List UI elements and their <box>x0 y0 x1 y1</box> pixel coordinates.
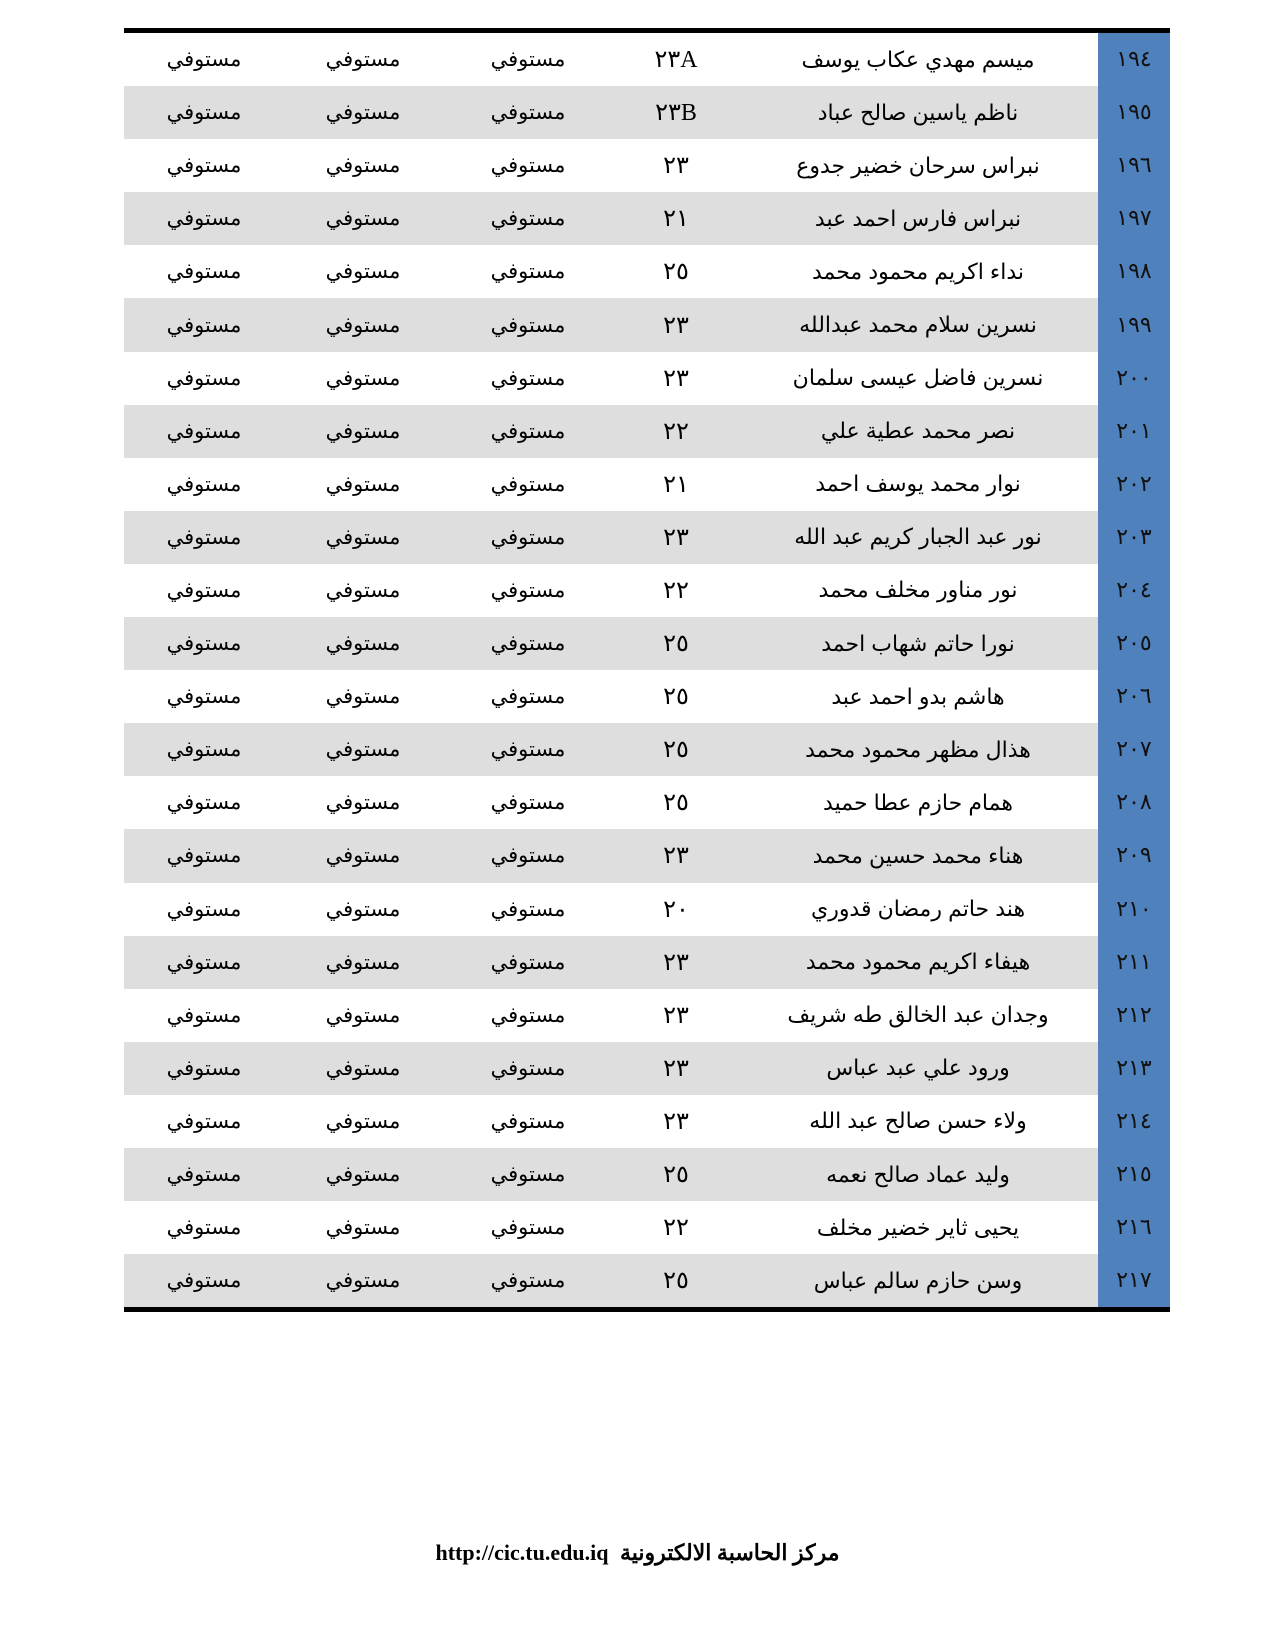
student-name-cell: نور عبد الجبار كريم عبد الله <box>738 511 1098 564</box>
status-cell-3: مستوفي <box>442 298 614 351</box>
grade-cell: ٢١ <box>614 192 738 245</box>
status-cell-1: مستوفي <box>124 86 284 139</box>
table-row: ١٩٨نداء اكريم محمود محمد٢٥مستوفيمستوفيمس… <box>124 245 1170 298</box>
status-cell-1: مستوفي <box>124 883 284 936</box>
grade-cell: ٢٢ <box>614 405 738 458</box>
row-number-cell: ٢٠٦ <box>1098 670 1170 723</box>
status-cell-1: مستوفي <box>124 405 284 458</box>
grade-cell: ٢٣A <box>614 33 738 86</box>
table-row: ٢٠٢نوار محمد يوسف احمد٢١مستوفيمستوفيمستو… <box>124 458 1170 511</box>
student-name-cell: نداء اكريم محمود محمد <box>738 245 1098 298</box>
status-cell-1: مستوفي <box>124 1095 284 1148</box>
row-number-cell: ٢١١ <box>1098 936 1170 989</box>
table-row: ٢٠٤نور مناور مخلف محمد٢٢مستوفيمستوفيمستو… <box>124 564 1170 617</box>
row-number-cell: ٢٠٩ <box>1098 829 1170 882</box>
student-name-cell: وجدان عبد الخالق طه شريف <box>738 989 1098 1042</box>
status-cell-2: مستوفي <box>284 564 442 617</box>
table-row: ١٩٩نسرين سلام محمد عبدالله٢٣مستوفيمستوفي… <box>124 298 1170 351</box>
status-cell-2: مستوفي <box>284 989 442 1042</box>
student-name-cell: همام حازم عطا حميد <box>738 776 1098 829</box>
row-number-cell: ٢١٤ <box>1098 1095 1170 1148</box>
grade-cell: ٢٣ <box>614 511 738 564</box>
status-cell-3: مستوفي <box>442 245 614 298</box>
status-cell-2: مستوفي <box>284 139 442 192</box>
grade-cell: ٢٠ <box>614 883 738 936</box>
status-cell-2: مستوفي <box>284 33 442 86</box>
row-number-cell: ٢١٥ <box>1098 1148 1170 1201</box>
status-cell-3: مستوفي <box>442 1095 614 1148</box>
status-cell-1: مستوفي <box>124 458 284 511</box>
status-cell-3: مستوفي <box>442 883 614 936</box>
row-number-cell: ٢٠٨ <box>1098 776 1170 829</box>
row-number-cell: ١٩٩ <box>1098 298 1170 351</box>
status-cell-3: مستوفي <box>442 405 614 458</box>
student-name-cell: هاشم بدو احمد عبد <box>738 670 1098 723</box>
status-cell-3: مستوفي <box>442 989 614 1042</box>
table-row: ١٩٦نبراس سرحان خضير جدوع٢٣مستوفيمستوفيمس… <box>124 139 1170 192</box>
row-number-cell: ٢٠٤ <box>1098 564 1170 617</box>
table-row: ٢٠٨همام حازم عطا حميد٢٥مستوفيمستوفيمستوف… <box>124 776 1170 829</box>
status-cell-3: مستوفي <box>442 723 614 776</box>
row-number-cell: ٢١٦ <box>1098 1201 1170 1254</box>
status-cell-2: مستوفي <box>284 829 442 882</box>
status-cell-2: مستوفي <box>284 1095 442 1148</box>
student-name-cell: نسرين فاضل عيسى سلمان <box>738 352 1098 405</box>
table-row: ٢١٢وجدان عبد الخالق طه شريف٢٣مستوفيمستوف… <box>124 989 1170 1042</box>
status-cell-1: مستوفي <box>124 936 284 989</box>
status-cell-1: مستوفي <box>124 511 284 564</box>
row-number-cell: ٢٠٢ <box>1098 458 1170 511</box>
grade-cell: ٢٣ <box>614 139 738 192</box>
status-cell-2: مستوفي <box>284 352 442 405</box>
status-cell-2: مستوفي <box>284 298 442 351</box>
status-cell-1: مستوفي <box>124 139 284 192</box>
table-body: ١٩٤ميسم مهدي عكاب يوسف٢٣Aمستوفيمستوفيمست… <box>124 33 1170 1307</box>
grade-cell: ٢٥ <box>614 617 738 670</box>
student-name-cell: هذال مظهر محمود محمد <box>738 723 1098 776</box>
status-cell-1: مستوفي <box>124 1201 284 1254</box>
status-cell-1: مستوفي <box>124 617 284 670</box>
student-name-cell: ناظم ياسين صالح عباد <box>738 86 1098 139</box>
table-row: ١٩٧نبراس فارس احمد عبد٢١مستوفيمستوفيمستو… <box>124 192 1170 245</box>
row-number-cell: ١٩٥ <box>1098 86 1170 139</box>
student-name-cell: نورا حاتم شهاب احمد <box>738 617 1098 670</box>
status-cell-3: مستوفي <box>442 617 614 670</box>
status-cell-2: مستوفي <box>284 245 442 298</box>
row-number-cell: ٢١٢ <box>1098 989 1170 1042</box>
grade-cell: ٢٥ <box>614 723 738 776</box>
row-number-cell: ١٩٧ <box>1098 192 1170 245</box>
student-name-cell: وليد عماد صالح نعمه <box>738 1148 1098 1201</box>
status-cell-1: مستوفي <box>124 564 284 617</box>
status-cell-3: مستوفي <box>442 1148 614 1201</box>
status-cell-3: مستوفي <box>442 33 614 86</box>
status-cell-1: مستوفي <box>124 723 284 776</box>
grade-cell: ٢١ <box>614 458 738 511</box>
grade-cell: ٢٣ <box>614 1095 738 1148</box>
status-cell-2: مستوفي <box>284 776 442 829</box>
status-cell-2: مستوفي <box>284 86 442 139</box>
table-row: ٢١٦يحيى ثاير خضير مخلف٢٢مستوفيمستوفيمستو… <box>124 1201 1170 1254</box>
status-cell-2: مستوفي <box>284 883 442 936</box>
grade-cell: ٢٣ <box>614 936 738 989</box>
student-name-cell: نوار محمد يوسف احمد <box>738 458 1098 511</box>
student-name-cell: ولاء حسن صالح عبد الله <box>738 1095 1098 1148</box>
grade-cell: ٢٣ <box>614 352 738 405</box>
status-cell-1: مستوفي <box>124 33 284 86</box>
grade-cell: ٢٣ <box>614 989 738 1042</box>
status-cell-1: مستوفي <box>124 298 284 351</box>
student-name-cell: هناء محمد حسين محمد <box>738 829 1098 882</box>
status-cell-3: مستوفي <box>442 511 614 564</box>
row-number-cell: ١٩٨ <box>1098 245 1170 298</box>
status-cell-3: مستوفي <box>442 776 614 829</box>
table-row: ٢١١هيفاء اكريم محمود محمد٢٣مستوفيمستوفيم… <box>124 936 1170 989</box>
row-number-cell: ١٩٤ <box>1098 33 1170 86</box>
status-cell-3: مستوفي <box>442 936 614 989</box>
status-cell-3: مستوفي <box>442 829 614 882</box>
status-cell-2: مستوفي <box>284 670 442 723</box>
table-bottom-rule <box>124 1307 1170 1312</box>
status-cell-2: مستوفي <box>284 723 442 776</box>
student-name-cell: وسن حازم سالم عباس <box>738 1254 1098 1307</box>
status-cell-2: مستوفي <box>284 458 442 511</box>
table-row: ٢١٠هند حاتم رمضان قدوري٢٠مستوفيمستوفيمست… <box>124 883 1170 936</box>
row-number-cell: ٢٠٠ <box>1098 352 1170 405</box>
row-number-cell: ٢٠١ <box>1098 405 1170 458</box>
row-number-cell: ٢١٧ <box>1098 1254 1170 1307</box>
student-name-cell: ورود علي عبد عباس <box>738 1042 1098 1095</box>
table-row: ١٩٤ميسم مهدي عكاب يوسف٢٣Aمستوفيمستوفيمست… <box>124 33 1170 86</box>
grade-cell: ٢٥ <box>614 245 738 298</box>
status-cell-1: مستوفي <box>124 1254 284 1307</box>
status-cell-2: مستوفي <box>284 1254 442 1307</box>
student-name-cell: ميسم مهدي عكاب يوسف <box>738 33 1098 86</box>
status-cell-2: مستوفي <box>284 1148 442 1201</box>
student-name-cell: هند حاتم رمضان قدوري <box>738 883 1098 936</box>
row-number-cell: ٢٠٧ <box>1098 723 1170 776</box>
student-name-cell: نبراس سرحان خضير جدوع <box>738 139 1098 192</box>
status-cell-2: مستوفي <box>284 1201 442 1254</box>
table-row: ٢٠٥نورا حاتم شهاب احمد٢٥مستوفيمستوفيمستو… <box>124 617 1170 670</box>
status-cell-3: مستوفي <box>442 670 614 723</box>
grade-cell: ٢٢ <box>614 564 738 617</box>
row-number-cell: ٢٠٣ <box>1098 511 1170 564</box>
status-cell-3: مستوفي <box>442 352 614 405</box>
row-number-cell: ٢١٠ <box>1098 883 1170 936</box>
status-cell-2: مستوفي <box>284 511 442 564</box>
status-cell-3: مستوفي <box>442 1042 614 1095</box>
table-row: ٢٠٦هاشم بدو احمد عبد٢٥مستوفيمستوفيمستوفي <box>124 670 1170 723</box>
table-row: ١٩٥ناظم ياسين صالح عباد٢٣Bمستوفيمستوفيمس… <box>124 86 1170 139</box>
footer-url-link[interactable]: http://cic.tu.edu.iq <box>435 1540 608 1566</box>
status-cell-1: مستوفي <box>124 670 284 723</box>
grade-cell: ٢٣B <box>614 86 738 139</box>
status-cell-3: مستوفي <box>442 192 614 245</box>
grade-cell: ٢٣ <box>614 298 738 351</box>
table-row: ٢٠١نصر محمد عطية علي٢٢مستوفيمستوفيمستوفي <box>124 405 1170 458</box>
row-number-cell: ٢٠٥ <box>1098 617 1170 670</box>
status-cell-1: مستوفي <box>124 1148 284 1201</box>
row-number-cell: ٢١٣ <box>1098 1042 1170 1095</box>
status-cell-2: مستوفي <box>284 617 442 670</box>
grade-cell: ٢٥ <box>614 1148 738 1201</box>
student-name-cell: نبراس فارس احمد عبد <box>738 192 1098 245</box>
row-number-cell: ١٩٦ <box>1098 139 1170 192</box>
status-cell-1: مستوفي <box>124 1042 284 1095</box>
table-row: ٢٠٩هناء محمد حسين محمد٢٣مستوفيمستوفيمستو… <box>124 829 1170 882</box>
student-name-cell: نور مناور مخلف محمد <box>738 564 1098 617</box>
student-table: ١٩٤ميسم مهدي عكاب يوسف٢٣Aمستوفيمستوفيمست… <box>124 28 1170 1312</box>
status-cell-1: مستوفي <box>124 352 284 405</box>
table-row: ٢٠٣نور عبد الجبار كريم عبد الله٢٣مستوفيم… <box>124 511 1170 564</box>
status-cell-3: مستوفي <box>442 1254 614 1307</box>
status-cell-1: مستوفي <box>124 776 284 829</box>
status-cell-3: مستوفي <box>442 564 614 617</box>
table-row: ٢١٧وسن حازم سالم عباس٢٥مستوفيمستوفيمستوف… <box>124 1254 1170 1307</box>
status-cell-3: مستوفي <box>442 458 614 511</box>
status-cell-1: مستوفي <box>124 829 284 882</box>
footer-center-name: مركز الحاسبة الالكترونية <box>620 1540 840 1565</box>
status-cell-1: مستوفي <box>124 192 284 245</box>
status-cell-2: مستوفي <box>284 1042 442 1095</box>
table-row: ٢١٣ورود علي عبد عباس٢٣مستوفيمستوفيمستوفي <box>124 1042 1170 1095</box>
student-name-cell: نصر محمد عطية علي <box>738 405 1098 458</box>
grade-cell: ٢٥ <box>614 776 738 829</box>
grade-cell: ٢٢ <box>614 1201 738 1254</box>
status-cell-2: مستوفي <box>284 936 442 989</box>
status-cell-2: مستوفي <box>284 192 442 245</box>
status-cell-3: مستوفي <box>442 1201 614 1254</box>
table-row: ٢١٥وليد عماد صالح نعمه٢٥مستوفيمستوفيمستو… <box>124 1148 1170 1201</box>
grade-cell: ٢٣ <box>614 829 738 882</box>
status-cell-3: مستوفي <box>442 139 614 192</box>
student-name-cell: نسرين سلام محمد عبدالله <box>738 298 1098 351</box>
table-row: ٢٠٧هذال مظهر محمود محمد٢٥مستوفيمستوفيمست… <box>124 723 1170 776</box>
grade-cell: ٢٥ <box>614 1254 738 1307</box>
grade-cell: ٢٣ <box>614 1042 738 1095</box>
status-cell-2: مستوفي <box>284 405 442 458</box>
table-row: ٢٠٠نسرين فاضل عيسى سلمان٢٣مستوفيمستوفيمس… <box>124 352 1170 405</box>
page-footer: مركز الحاسبة الالكترونية http://cic.tu.e… <box>0 1540 1275 1566</box>
student-name-cell: يحيى ثاير خضير مخلف <box>738 1201 1098 1254</box>
student-name-cell: هيفاء اكريم محمود محمد <box>738 936 1098 989</box>
status-cell-1: مستوفي <box>124 989 284 1042</box>
table-row: ٢١٤ولاء حسن صالح عبد الله٢٣مستوفيمستوفيم… <box>124 1095 1170 1148</box>
status-cell-3: مستوفي <box>442 86 614 139</box>
grade-cell: ٢٥ <box>614 670 738 723</box>
status-cell-1: مستوفي <box>124 245 284 298</box>
